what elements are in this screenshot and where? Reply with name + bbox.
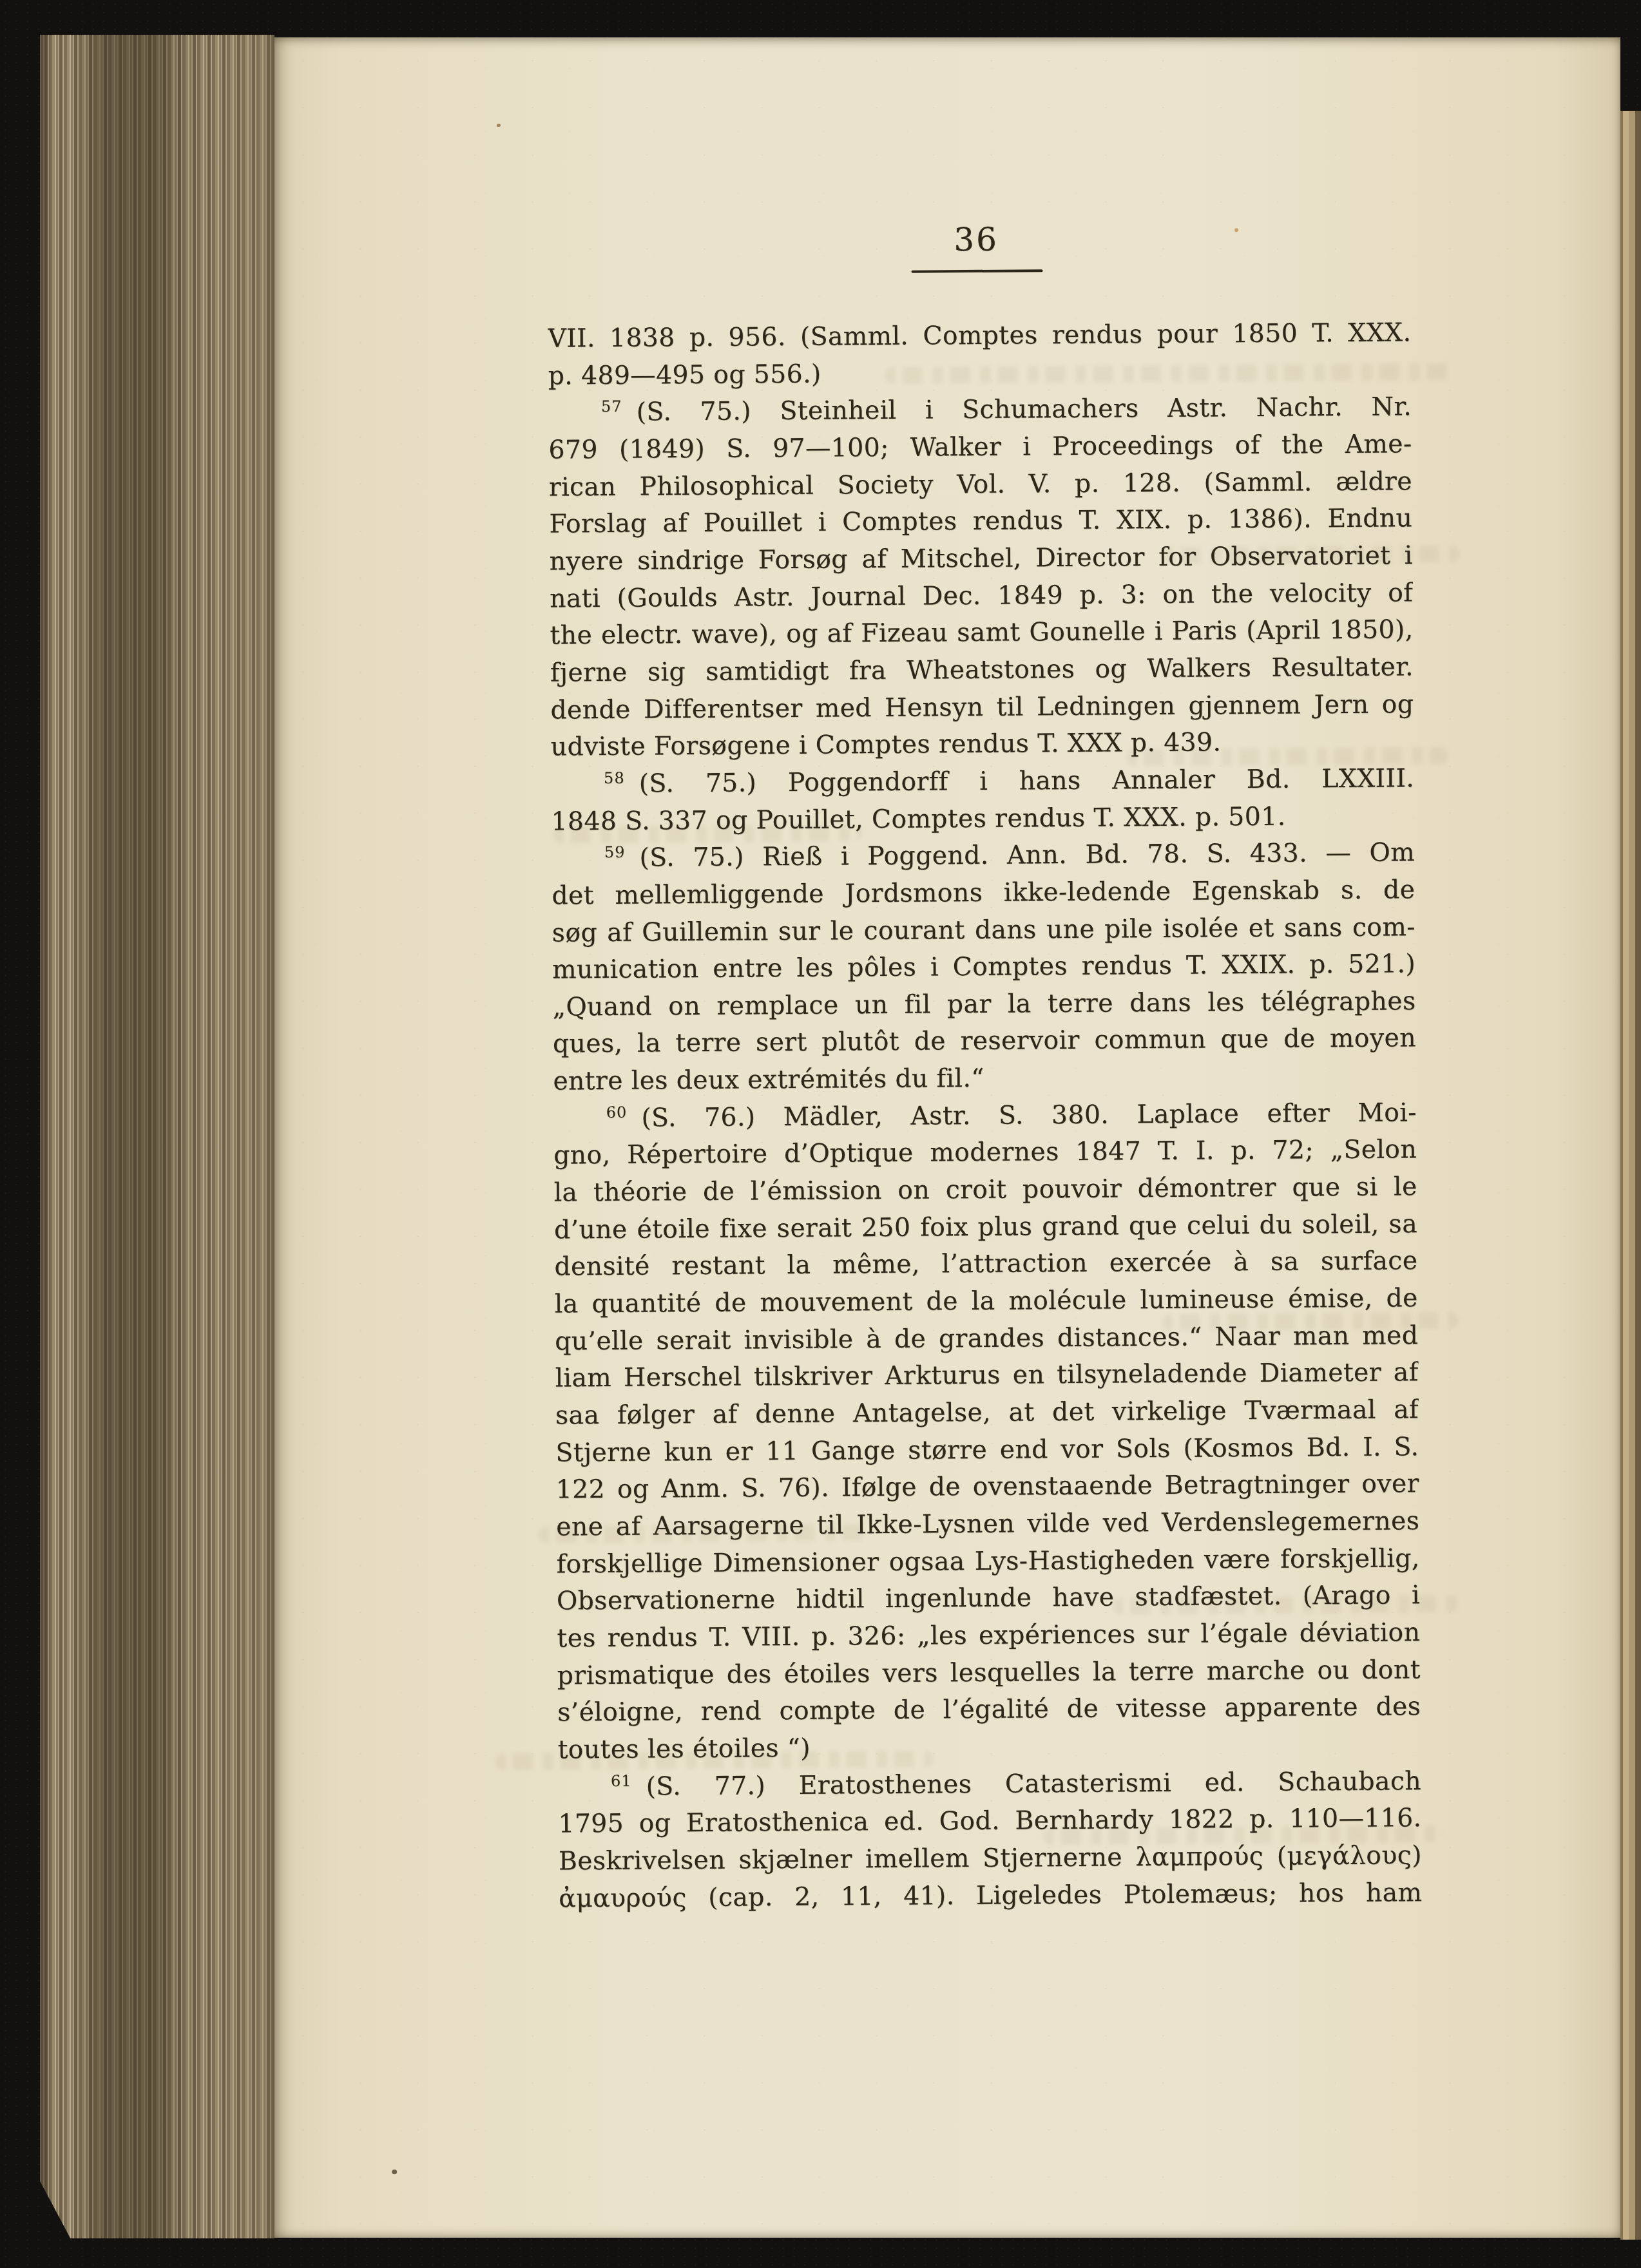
text-line: 679 (1849) S. 97—100; Walker i Proceedin…: [548, 426, 1412, 469]
text-line: nati (Goulds Astr. Journal Dec. 1849 p. …: [550, 575, 1413, 618]
ink-speck: [497, 124, 501, 127]
text-line-content: 1848 S. 337 og Pouillet, Comptes rendus …: [551, 801, 1285, 836]
text-line: 57(S. 75.) Steinheil i Schumachers Astr.…: [548, 389, 1412, 432]
folio-rule: [912, 269, 1043, 272]
text-line-content: the electr. wave), og af Fizeau samt Gou…: [550, 615, 1413, 650]
text-line-content: 1795 og Eratosthenica ed. God. Bernhardy…: [558, 1803, 1421, 1838]
text-line-content: prismatique des étoiles vers lesquelles …: [557, 1655, 1421, 1695]
text-line-content: Stjerne kun er 11 Gange større end vor S…: [555, 1432, 1419, 1467]
text-line-content: Beskrivelsen skjælner imellem Stjernerne…: [559, 1840, 1422, 1880]
footnote-number: 57: [601, 397, 622, 415]
text-line-content: saa følger af denne Antagelse, at det vi…: [555, 1395, 1419, 1434]
text-line-content: densité restant la même, l’attraction ex…: [554, 1246, 1417, 1286]
text-line: ἀμαυρούς (cap. 2, 11, 41). Ligeledes Pto…: [559, 1874, 1422, 1918]
text-line: toutes les étoiles “): [557, 1726, 1421, 1769]
text-line: „Quand on remplace un fil par la terre d…: [552, 983, 1415, 1026]
text-line: prismatique des étoiles vers lesquelles …: [557, 1652, 1421, 1695]
text-line-content: qu’elle serait invisible à de grandes di…: [555, 1320, 1418, 1360]
text-line-content: nyere sindrige Forsøg af Mitschel, Direc…: [550, 540, 1413, 580]
text-line-content: ques, la terre sert plutôt de reservoir …: [553, 1024, 1416, 1063]
text-line-content: toutes les étoiles “): [557, 1733, 811, 1765]
text-line: 1795 og Eratosthenica ed. God. Bernhardy…: [558, 1800, 1421, 1843]
text-line-content: (S. 75.) Steinheil i Schumachers Astr. N…: [636, 392, 1412, 427]
text-line: det mellemliggende Jordsmons ikke-ledend…: [552, 872, 1415, 915]
page-edges-stack: [40, 35, 274, 2238]
text-line-content: munication entre les pôles i Comptes ren…: [552, 949, 1415, 984]
footnote-number: 59: [604, 843, 626, 861]
page-right-edge: [1620, 111, 1641, 2240]
text-line: the electr. wave), og af Fizeau samt Gou…: [550, 611, 1413, 654]
text-line: d’une étoile fixe serait 250 foix plus g…: [554, 1206, 1417, 1249]
text-line: entre les deux extrémités du fil.“: [553, 1057, 1416, 1100]
text-line: søg af Guillemin sur le courant dans une…: [552, 909, 1415, 952]
text-line-content: (S. 77.) Eratosthenes Catasterismi ed. S…: [646, 1766, 1421, 1801]
text-line-content: 122 og Anm. S. 76). Ifølge de ovenstaaen…: [556, 1469, 1419, 1509]
text-line-content: gno, Répertoire d’Optique modernes 1847 …: [553, 1135, 1417, 1170]
text-line: 122 og Anm. S. 76). Ifølge de ovenstaaen…: [556, 1466, 1419, 1509]
footnote-number: 61: [611, 1771, 632, 1789]
text-line-content: VII. 1838 p. 956. (Samml. Comptes rendus…: [548, 318, 1411, 353]
footnote-number: 58: [604, 769, 625, 787]
text-line: forskjellige Dimensioner ogsaa Lys-Hasti…: [556, 1540, 1419, 1583]
text-line-content: (S. 75.) Poggendorff i hans Annaler Bd. …: [639, 763, 1415, 798]
text-line-content: s’éloigne, rend compte de l’égalité de v…: [557, 1691, 1421, 1731]
text-line-content: liam Herschel tilskriver Arkturus en til…: [555, 1358, 1418, 1398]
text-line-content: entre les deux extrémités du fil.“: [553, 1063, 984, 1096]
ink-speck: [392, 2169, 397, 2174]
text-line: Forslag af Pouillet i Comptes rendus T. …: [549, 500, 1412, 544]
text-line: tes rendus T. VIII. p. 326: „les expérie…: [557, 1614, 1420, 1657]
text-line: rican Philosophical Society Vol. V. p. 1…: [549, 463, 1412, 506]
text-line: 58(S. 75.) Poggendorff i hans Annaler Bd…: [551, 760, 1414, 803]
text-line: udviste Forsøgene i Comptes rendus T. XX…: [551, 723, 1414, 766]
ink-speck: [1234, 228, 1238, 232]
text-line-content: tes rendus T. VIII. p. 326: „les expérie…: [557, 1617, 1420, 1653]
text-line: 59(S. 75.) Rieß i Poggend. Ann. Bd. 78. …: [552, 834, 1415, 877]
text-line-content: (S. 75.) Rieß i Poggend. Ann. Bd. 78. S.…: [639, 837, 1415, 872]
footnote-number: 60: [606, 1103, 628, 1121]
text-line: la théorie de l’émission on croit pouvoi…: [553, 1168, 1417, 1212]
text-line: gno, Répertoire d’Optique modernes 1847 …: [553, 1132, 1417, 1175]
text-line: VII. 1838 p. 956. (Samml. Comptes rendus…: [548, 314, 1411, 357]
text-line-content: 679 (1849) S. 97—100; Walker i Proceedin…: [548, 429, 1412, 464]
text-line-content: søg af Guillemin sur le courant dans une…: [552, 912, 1415, 948]
text-line-content: fjerne sig samtidigt fra Wheatstones og …: [550, 652, 1414, 692]
page: 36 VII. 1838 p. 956. (Samml. Comptes ren…: [274, 37, 1620, 2238]
text-line: Beskrivelsen skjælner imellem Stjernerne…: [559, 1837, 1422, 1880]
text-line-content: Observationerne hidtil ingenlunde have s…: [557, 1581, 1420, 1621]
text-line-content: (S. 76.) Mädler, Astr. S. 380. Laplace e…: [641, 1098, 1417, 1132]
text-line: 60(S. 76.) Mädler, Astr. S. 380. Laplace…: [553, 1094, 1417, 1138]
page-content: 36 VII. 1838 p. 956. (Samml. Comptes ren…: [271, 32, 1632, 2242]
text-line: fjerne sig samtidigt fra Wheatstones og …: [550, 649, 1414, 692]
text-line-content: ene af Aarsagerne til Ikke-Lysnen vilde …: [556, 1506, 1419, 1546]
text-line: munication entre les pôles i Comptes ren…: [552, 946, 1415, 989]
text-line-content: rican Philosophical Society Vol. V. p. 1…: [549, 466, 1412, 502]
text-line-content: d’une étoile fixe serait 250 foix plus g…: [554, 1209, 1417, 1244]
page-number: 36: [910, 220, 1042, 258]
text-line: qu’elle serait invisible à de grandes di…: [555, 1317, 1418, 1360]
text-line-content: p. 489—495 og 556.): [548, 359, 821, 390]
text-line-content: udviste Forsøgene i Comptes rendus T. XX…: [551, 728, 1222, 762]
text-line: ques, la terre sert plutôt de reservoir …: [553, 1020, 1416, 1063]
text-line-content: Forslag af Pouillet i Comptes rendus T. …: [549, 504, 1412, 539]
text-line: nyere sindrige Forsøg af Mitschel, Direc…: [550, 537, 1413, 580]
text-line: dende Differentser med Hensyn til Lednin…: [550, 686, 1414, 729]
text-line: Stjerne kun er 11 Gange større end vor S…: [555, 1429, 1419, 1472]
text-line-content: la quantité de mouvement de la molécule …: [555, 1283, 1418, 1323]
text-line-content: ἀμαυρούς (cap. 2, 11, 41). Ligeledes Pto…: [559, 1878, 1422, 1918]
book-scan: 36 VII. 1838 p. 956. (Samml. Comptes ren…: [0, 0, 1641, 2268]
text-line-content: nati (Goulds Astr. Journal Dec. 1849 p. …: [550, 578, 1413, 613]
text-line-content: forskjellige Dimensioner ogsaa Lys-Hasti…: [556, 1543, 1419, 1583]
text-line: Observationerne hidtil ingenlunde have s…: [557, 1577, 1420, 1621]
text-line-content: la théorie de l’émission on croit pouvoi…: [553, 1172, 1417, 1212]
text-line-content: dende Differentser med Hensyn til Lednin…: [550, 689, 1414, 729]
text-line: densité restant la même, l’attraction ex…: [554, 1243, 1417, 1286]
text-line: s’éloigne, rend compte de l’égalité de v…: [557, 1688, 1421, 1731]
text-line: 1848 S. 337 og Pouillet, Comptes rendus …: [551, 797, 1414, 841]
text-line: saa følger af denne Antagelse, at det vi…: [555, 1391, 1419, 1434]
text-line: 61(S. 77.) Eratosthenes Catasterismi ed.…: [558, 1763, 1421, 1806]
text-line-content: det mellemliggende Jordsmons ikke-ledend…: [552, 875, 1415, 915]
text-line: la quantité de mouvement de la molécule …: [555, 1280, 1418, 1323]
text-line: ene af Aarsagerne til Ikke-Lysnen vilde …: [556, 1503, 1419, 1546]
text-line: p. 489—495 og 556.): [548, 352, 1411, 395]
text-block: VII. 1838 p. 956. (Samml. Comptes rendus…: [548, 314, 1422, 1918]
text-line-content: „Quand on remplace un fil par la terre d…: [552, 986, 1415, 1026]
text-line: liam Herschel tilskriver Arkturus en til…: [555, 1355, 1418, 1398]
